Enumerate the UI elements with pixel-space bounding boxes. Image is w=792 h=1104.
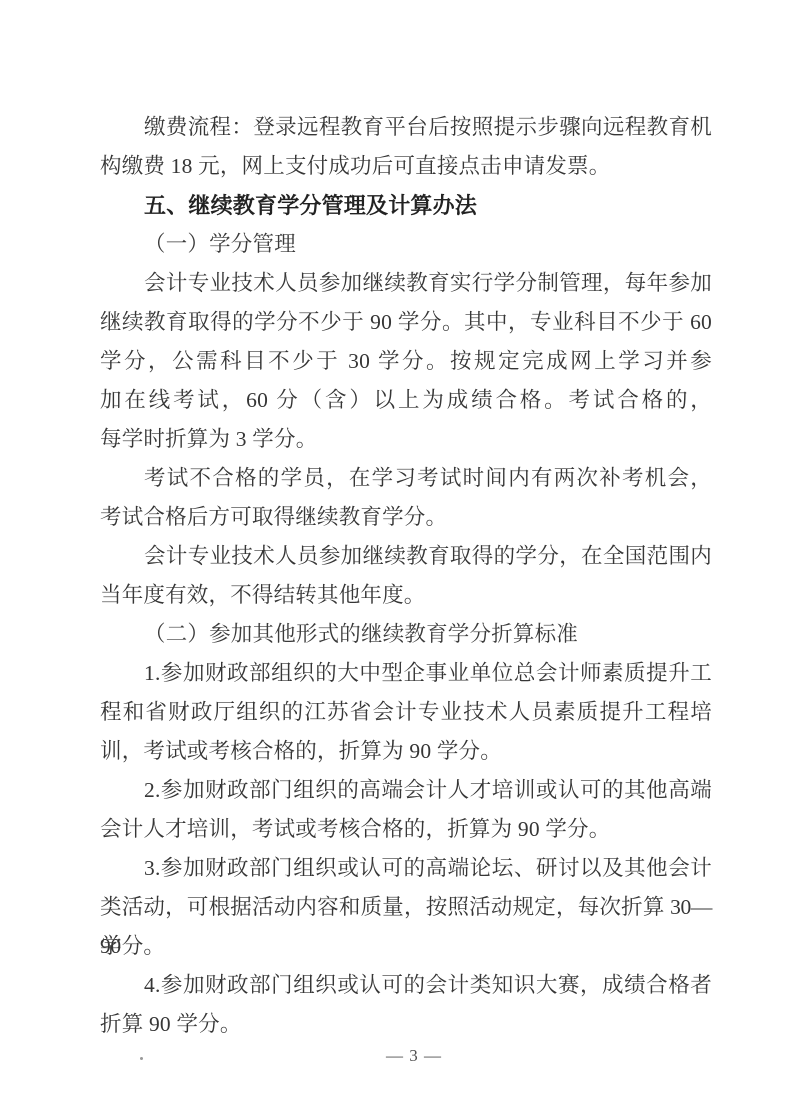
text-line: 4.参加财政部门组织或认可的会计类知识大赛，成绩合格者 bbox=[100, 966, 712, 1005]
subsection-heading: （一）学分管理 bbox=[100, 225, 712, 264]
text-line: 2.参加财政部门组织的高端会计人才培训或认可的其他高端 bbox=[100, 771, 712, 810]
text-line: 1.参加财政部组织的大中型企事业单位总会计师素质提升工 bbox=[100, 654, 712, 693]
text-line: 学分。 bbox=[100, 927, 712, 966]
text-line: 加在线考试，60 分（含）以上为成绩合格。考试合格的， bbox=[100, 381, 712, 420]
text-line: 构缴费 18 元，网上支付成功后可直接点击申请发票。 bbox=[100, 147, 712, 186]
scan-speck bbox=[140, 1057, 143, 1060]
text-line: 折算 90 学分。 bbox=[100, 1005, 712, 1044]
document-page: 缴费流程：登录远程教育平台后按照提示步骤向远程教育机 构缴费 18 元，网上支付… bbox=[0, 0, 792, 1104]
text-line: 程和省财政厅组织的江苏省会计专业技术人员素质提升工程培 bbox=[100, 693, 712, 732]
document-body: 缴费流程：登录远程教育平台后按照提示步骤向远程教育机 构缴费 18 元，网上支付… bbox=[100, 108, 712, 1044]
text-line: 会计专业技术人员参加继续教育取得的学分，在全国范围内 bbox=[100, 537, 712, 576]
text-line: 学分，公需科目不少于 30 学分。按规定完成网上学习并参 bbox=[100, 342, 712, 381]
text-line: 3.参加财政部门组织或认可的高端论坛、研讨以及其他会计 bbox=[100, 849, 712, 888]
text-line: 类活动，可根据活动内容和质量，按照活动规定，每次折算 30—90 bbox=[100, 888, 712, 927]
text-line: 考试合格后方可取得继续教育学分。 bbox=[100, 498, 712, 537]
text-line: 继续教育取得的学分不少于 90 学分。其中，专业科目不少于 60 bbox=[100, 303, 712, 342]
section-heading: 五、继续教育学分管理及计算办法 bbox=[100, 186, 712, 225]
text-line: 训，考试或考核合格的，折算为 90 学分。 bbox=[100, 732, 712, 771]
text-line: 每学时折算为 3 学分。 bbox=[100, 420, 712, 459]
page-number: — 3 — bbox=[368, 1046, 460, 1066]
text-line: 会计人才培训，考试或考核合格的，折算为 90 学分。 bbox=[100, 810, 712, 849]
text-line: 当年度有效，不得结转其他年度。 bbox=[100, 576, 712, 615]
text-line: 会计专业技术人员参加继续教育实行学分制管理，每年参加 bbox=[100, 264, 712, 303]
subsection-heading: （二）参加其他形式的继续教育学分折算标准 bbox=[100, 615, 712, 654]
text-line: 考试不合格的学员，在学习考试时间内有两次补考机会， bbox=[100, 459, 712, 498]
text-line: 缴费流程：登录远程教育平台后按照提示步骤向远程教育机 bbox=[100, 108, 712, 147]
